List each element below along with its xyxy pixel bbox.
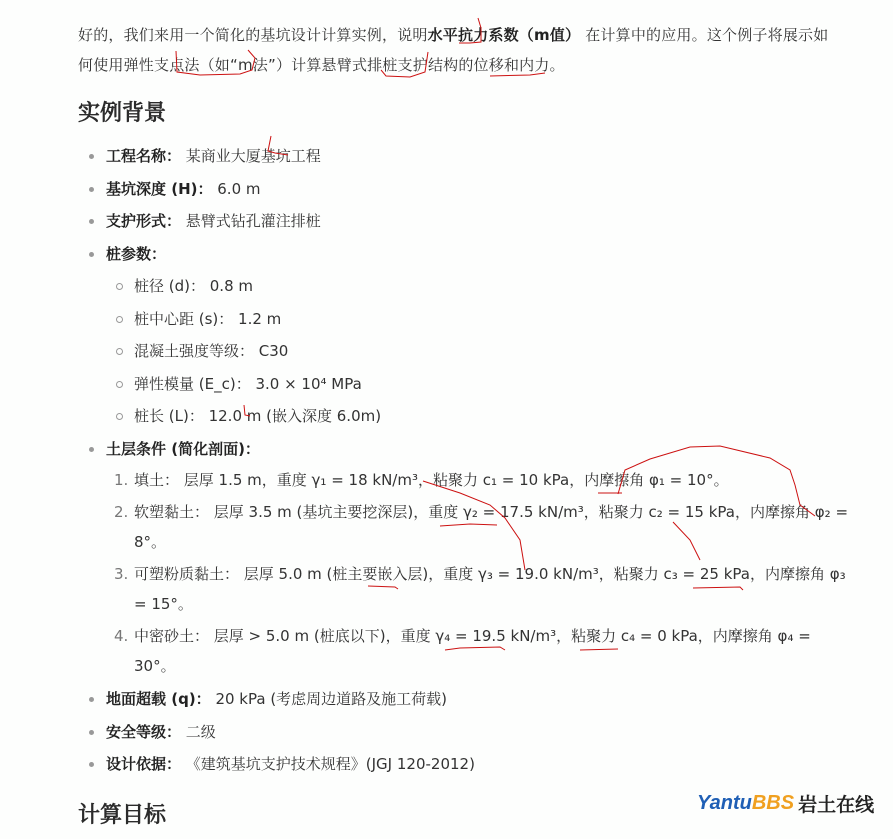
list-item-project-name: 工程名称： 某商业大厦基坑工程	[78, 140, 838, 173]
pile-param-concrete-grade: 混凝土强度等级： C30	[106, 335, 838, 368]
list-item-pile-params: 桩参数： 桩径 (d)： 0.8 m 桩中心距 (s)： 1.2 m 混凝土强度…	[78, 238, 838, 433]
pile-param-modulus: 弹性模量 (E_c)： 3.0 × 10⁴ MPa	[106, 368, 838, 401]
soil-layer-1: 1.填土： 层厚 1.5 m，重度 γ₁ = 18 kN/m³，粘聚力 c₁ =…	[106, 465, 849, 495]
pile-param-spacing: 桩中心距 (s)： 1.2 m	[106, 303, 838, 336]
list-item-safety-grade: 安全等级： 二级	[78, 716, 838, 749]
intro-paragraph: 好的，我们来用一个简化的基坑设计计算实例，说明水平抗力系数（m值） 在计算中的应…	[78, 0, 838, 80]
list-item-surcharge: 地面超载 (q)： 20 kPa (考虑周边道路及施工荷载)	[78, 683, 838, 716]
watermark-logo: YantuBBS岩土在线	[697, 790, 874, 816]
list-item-design-basis: 设计依据： 《建筑基坑支护技术规程》(JGJ 120-2012)	[78, 748, 838, 781]
intro-bold-term: 水平抗力系数（m值）	[428, 26, 581, 44]
list-item-pit-depth: 基坑深度 (H)： 6.0 m	[78, 173, 838, 206]
soil-layers-list: 1.填土： 层厚 1.5 m，重度 γ₁ = 18 kN/m³，粘聚力 c₁ =…	[106, 465, 838, 681]
pile-param-diameter: 桩径 (d)： 0.8 m	[106, 270, 838, 303]
soil-layer-4: 4.中密砂土： 层厚 > 5.0 m (桩底以下)，重度 γ₄ = 19.5 k…	[106, 621, 849, 681]
list-item-soil-conditions: 土层条件 (简化剖面)： 1.填土： 层厚 1.5 m，重度 γ₁ = 18 k…	[78, 433, 838, 682]
pile-param-length: 桩长 (L)： 12.0 m (嵌入深度 6.0m)	[106, 400, 838, 433]
section-title-background: 实例背景	[78, 96, 166, 127]
pile-params-list: 桩径 (d)： 0.8 m 桩中心距 (s)： 1.2 m 混凝土强度等级： C…	[106, 270, 838, 433]
intro-text-1: 好的，我们来用一个简化的基坑设计计算实例，说明	[78, 26, 428, 44]
soil-layer-3: 3.可塑粉质黏土： 层厚 5.0 m (桩主要嵌入层)，重度 γ₃ = 19.0…	[106, 559, 849, 619]
soil-layer-2: 2.软塑黏土： 层厚 3.5 m (基坑主要挖深层)，重度 γ₂ = 17.5 …	[106, 497, 849, 557]
section-title-calc-goal: 计算目标	[78, 798, 166, 829]
background-list: 工程名称： 某商业大厦基坑工程 基坑深度 (H)： 6.0 m 支护形式： 悬臂…	[78, 140, 838, 781]
article-content: 好的，我们来用一个简化的基坑设计计算实例，说明水平抗力系数（m值） 在计算中的应…	[78, 0, 838, 80]
list-item-support-type: 支护形式： 悬臂式钻孔灌注排桩	[78, 205, 838, 238]
